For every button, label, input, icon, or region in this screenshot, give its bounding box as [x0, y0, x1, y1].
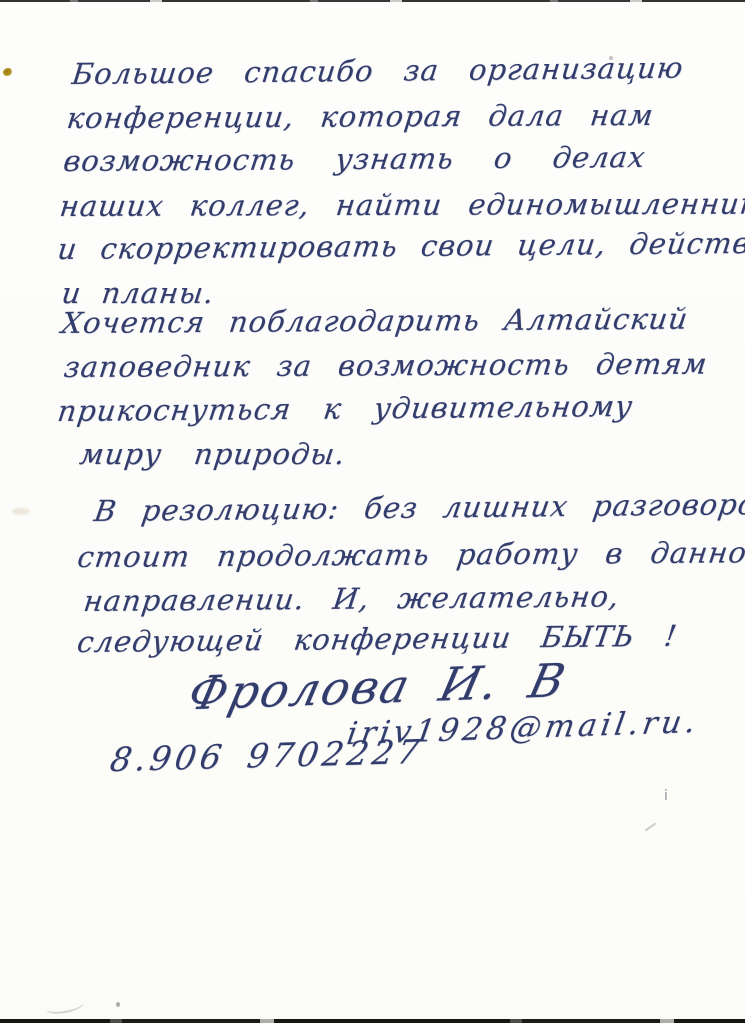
handwritten-line: возможность узнать о делах [61, 140, 647, 178]
handwritten-line: и скорректировать свои цели, действия [56, 226, 745, 266]
scan-edge-bottom [0, 1019, 745, 1023]
handwritten-line: направлении. И, желательно, [82, 579, 622, 618]
handwritten-line: наших коллег, найти единомышленников [58, 186, 745, 223]
handwritten-line: Хочется поблагодарить Алтайский [59, 302, 690, 340]
scan-stray-mark: i [664, 788, 668, 804]
paper-smudge [12, 508, 30, 515]
handwritten-line: В резолюцию: без лишних разговоров, [92, 487, 745, 528]
handwritten-line: прикоснуться к удивительному [56, 389, 636, 428]
scanned-page: Большое спасибо за организацию конференц… [0, 0, 745, 1024]
handwritten-line: следующей конференции БЫТЬ ! [75, 619, 680, 659]
handwritten-line: миру природы. [78, 437, 348, 471]
handwritten-line: конференции, которая дала нам [65, 98, 656, 135]
handwritten-line: стоит продолжать работу в данном [75, 535, 745, 574]
pencil-smudge [45, 997, 84, 1016]
scan-stray-line [645, 822, 657, 831]
scan-speck [116, 1002, 120, 1007]
handwritten-line: заповедник за возможность детям [62, 347, 710, 384]
paper-stain [3, 68, 12, 76]
scan-edge-top [0, 0, 745, 2]
handwritten-line: Большое спасибо за организацию [70, 51, 685, 91]
